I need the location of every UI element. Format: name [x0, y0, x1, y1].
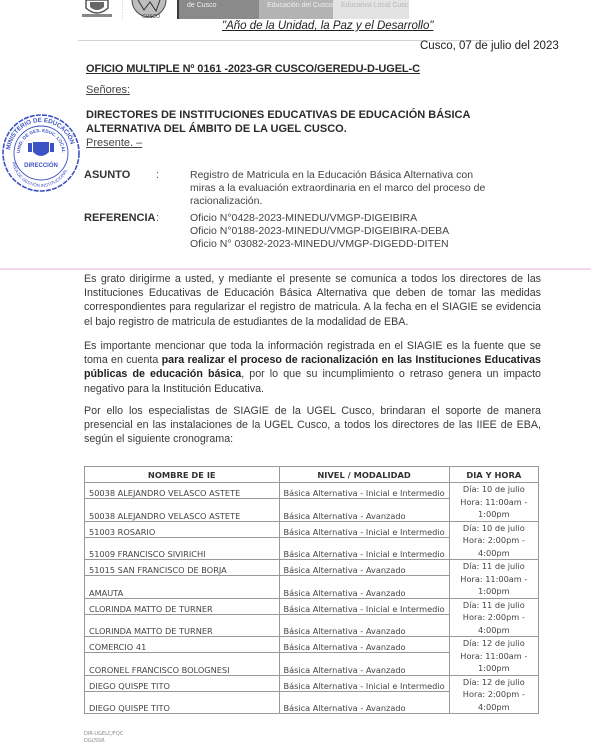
document-reference-number: OFICIO MULTIPLE Nº 0161 -2023-GR CUSCO/G…: [86, 63, 420, 75]
ie-name-cell: 51003 ROSARIO: [85, 521, 280, 537]
hora-text: Hora: 11:00am - 1:00pm: [454, 496, 534, 521]
ie-name-cell: COMERCIO 41: [85, 637, 280, 653]
coat-of-arms-icon: [78, 0, 116, 18]
nivel-cell: Básica Alternativa - Inicial e Intermedi…: [279, 521, 449, 537]
dia-text: Día: 10 de julio: [454, 483, 534, 496]
svg-text:CUSCO: CUSCO: [142, 14, 160, 20]
nivel-cell: Básica Alternativa - Avanzado: [279, 637, 449, 653]
referencia-item: Oficio N° 03082-2023-MINEDU/VMGP-DIGEDD-…: [190, 238, 449, 251]
footer-line-1: DIR-UGELC/FQC: [84, 731, 123, 738]
svg-text:DIRECCIÓN: DIRECCIÓN: [24, 161, 58, 169]
header-dia-hora: DIA Y HORA: [449, 467, 538, 483]
asunto-text: Registro de Matricula en la Educación Bá…: [190, 169, 490, 208]
referencia-colon: :: [156, 212, 159, 224]
body-paragraph-2: Es importante mencionar que toda la info…: [84, 339, 541, 396]
hora-text: Hora: 11:00am - 1:00pm: [454, 650, 534, 675]
official-stamp-icon: MINISTERIO DE EDUCACIÓN UNID. DE GES. ED…: [0, 112, 82, 194]
hora-text: Hora: 2:00pm - 4:00pm: [454, 688, 534, 713]
letterhead: CUSCO de Cusco Educación del Cusco Educa…: [0, 0, 591, 22]
header-nivel-modalidad: NIVEL / MODALIDAD: [279, 467, 449, 483]
nivel-cell: Básica Alternativa - Avanzado: [279, 576, 449, 598]
table-row: 50038 ALEJANDRO VELASCO ASTETEBásica Alt…: [85, 483, 539, 499]
ie-name-cell: CORONEL FRANCISCO BOLOGNESI: [85, 653, 280, 675]
regional-seal-icon: CUSCO: [122, 0, 176, 20]
dia-hora-cell: Día: 12 de julioHora: 11:00am - 1:00pm: [449, 637, 538, 676]
banner-band-1: de Cusco: [177, 0, 259, 19]
header-nombre-ie: NOMBRE DE IE: [85, 467, 280, 483]
referencia-label: REFERENCIA: [84, 212, 156, 224]
dia-hora-cell: Día: 11 de julioHora: 2:00pm - 4:00pm: [449, 598, 538, 637]
scan-artifact-line: [0, 268, 591, 270]
table-row: CLORINDA MATTO DE TURNERBásica Alternati…: [85, 598, 539, 614]
letter-date: Cusco, 07 de julio del 2023: [420, 40, 559, 52]
ie-name-cell: 50038 ALEJANDRO VELASCO ASTETE: [85, 499, 280, 521]
hora-text: Hora: 2:00pm - 4:00pm: [454, 534, 534, 559]
presente: Presente. –: [86, 137, 142, 149]
body-paragraph-3: Por ello los especialistas de SIAGIE de …: [84, 404, 541, 447]
nivel-cell: Básica Alternativa - Avanzado: [279, 653, 449, 675]
table-header-row: NOMBRE DE IE NIVEL / MODALIDAD DIA Y HOR…: [85, 467, 539, 483]
banner-band-3: Educativa Local Cusco: [333, 0, 409, 19]
table-row: COMERCIO 41Básica Alternativa - Avanzado…: [85, 637, 539, 653]
dia-hora-cell: Día: 10 de julioHora: 11:00am - 1:00pm: [449, 483, 538, 522]
ie-name-cell: CLORINDA MATTO DE TURNER: [85, 598, 280, 614]
year-motto: "Año de la Unidad, la Paz y el Desarroll…: [222, 20, 433, 32]
dia-hora-cell: Día: 10 de julioHora: 2:00pm - 4:00pm: [449, 521, 538, 560]
referencia-item: Oficio N°0188-2023-MINEDU/VMGP-DIGEIBIRA…: [190, 225, 449, 238]
ie-name-cell: DIEGO QUISPE TITO: [85, 691, 280, 713]
nivel-cell: Básica Alternativa - Avanzado: [279, 560, 449, 576]
hora-text: Hora: 2:00pm - 4:00pm: [454, 611, 534, 636]
body-paragraph-1: Es grato dirigirme a usted, y mediante e…: [84, 272, 541, 329]
ie-name-cell: AMAUTA: [85, 576, 280, 598]
dia-hora-cell: Día: 12 de julioHora: 2:00pm - 4:00pm: [449, 675, 538, 714]
asunto-colon: :: [156, 169, 159, 181]
footer-line-2: DGI/SSR: [84, 738, 123, 745]
dia-hora-cell: Día: 11 de julioHora: 11:00am - 1:00pm: [449, 560, 538, 599]
salutation: Señores:: [86, 84, 130, 96]
nivel-cell: Básica Alternativa - Avanzado: [279, 614, 449, 636]
dia-text: Día: 12 de julio: [454, 676, 534, 689]
nivel-cell: Básica Alternativa - Inicial e Intermedi…: [279, 598, 449, 614]
ie-name-cell: CLORINDA MATTO DE TURNER: [85, 614, 280, 636]
referencia-item: Oficio N°0428-2023-MINEDU/VMGP-DIGEIBIRA: [190, 212, 449, 225]
dia-text: Día: 11 de julio: [454, 560, 534, 573]
nivel-cell: Básica Alternativa - Inicial e Intermedi…: [279, 675, 449, 691]
hora-text: Hora: 11:00am - 1:00pm: [454, 573, 534, 598]
table-row: 51015 SAN FRANCISCO DE BORJABásica Alter…: [85, 560, 539, 576]
footer-initials: DIR-UGELC/FQC DGI/SSR: [84, 731, 123, 745]
dia-text: Día: 10 de julio: [454, 522, 534, 535]
table-row: 51003 ROSARIOBásica Alternativa - Inicia…: [85, 521, 539, 537]
banner-band-2: Educación del Cusco: [259, 0, 333, 19]
nivel-cell: Básica Alternativa - Avanzado: [279, 499, 449, 521]
table-row: DIEGO QUISPE TITOBásica Alternativa - In…: [85, 675, 539, 691]
dia-text: Día: 12 de julio: [454, 637, 534, 650]
nivel-cell: Básica Alternativa - Inicial e Intermedi…: [279, 537, 449, 559]
ie-name-cell: 51015 SAN FRANCISCO DE BORJA: [85, 560, 280, 576]
referencia-list: Oficio N°0428-2023-MINEDU/VMGP-DIGEIBIRA…: [190, 212, 449, 251]
ie-name-cell: DIEGO QUISPE TITO: [85, 675, 280, 691]
addressee: DIRECTORES DE INSTITUCIONES EDUCATIVAS D…: [86, 108, 536, 136]
dia-text: Día: 11 de julio: [454, 599, 534, 612]
schedule-table: NOMBRE DE IE NIVEL / MODALIDAD DIA Y HOR…: [84, 466, 539, 714]
ie-name-cell: 50038 ALEJANDRO VELASCO ASTETE: [85, 483, 280, 499]
ie-name-cell: 51009 FRANCISCO SIVIRICHI: [85, 537, 280, 559]
schedule-table-body: 50038 ALEJANDRO VELASCO ASTETEBásica Alt…: [85, 483, 539, 714]
nivel-cell: Básica Alternativa - Avanzado: [279, 691, 449, 713]
nivel-cell: Básica Alternativa - Inicial e Intermedi…: [279, 483, 449, 499]
asunto-label: ASUNTO: [84, 169, 130, 181]
